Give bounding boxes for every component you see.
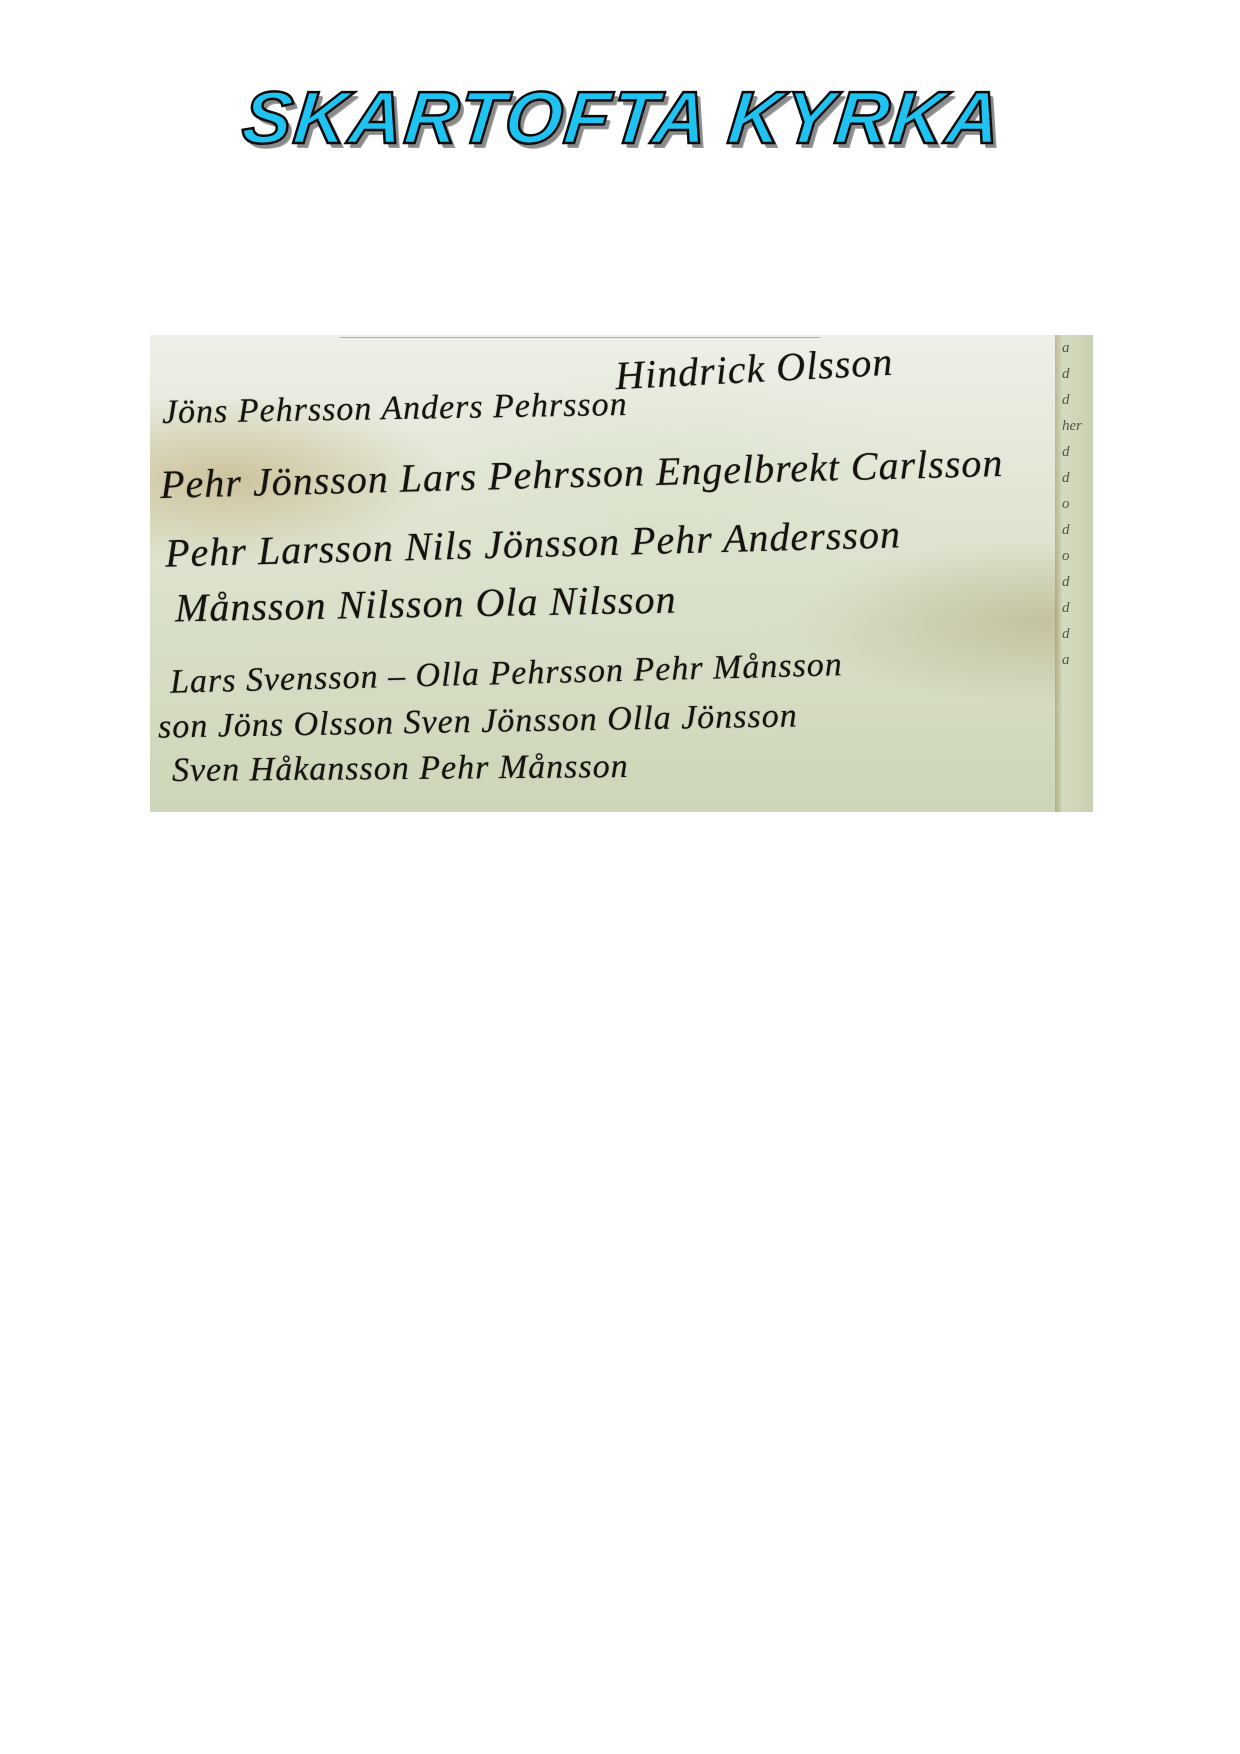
- page: SKARTOFTA KYRKA Hindrick Olsson Jöns Peh…: [0, 0, 1240, 1754]
- handwritten-record-photo: Hindrick Olsson Jöns Pehrsson Anders Peh…: [150, 335, 1093, 812]
- handwritten-line: Pehr Jönsson Lars Pehrsson Engelbrekt Ca…: [160, 439, 1004, 508]
- handwritten-line: Lars Svensson – Olla Pehrsson Pehr Månss…: [170, 646, 844, 702]
- title-banner: SKARTOFTA KYRKA: [0, 78, 1240, 158]
- handwritten-line: Jöns Pehrsson Anders Pehrsson: [162, 386, 628, 432]
- page-title: SKARTOFTA KYRKA: [239, 78, 1006, 158]
- handwritten-line: Pehr Larsson Nils Jönsson Pehr Andersson: [165, 510, 902, 576]
- handwritten-line: son Jöns Olsson Sven Jönsson Olla Jönsso…: [158, 697, 798, 746]
- handwritten-line: Månsson Nilsson Ola Nilsson: [175, 576, 677, 632]
- ruled-line: [340, 337, 820, 338]
- handwritten-line: Hindrick Olsson: [614, 338, 894, 400]
- margin-text: a d d her d d o d o d d d a: [1062, 335, 1092, 812]
- handwritten-line: Sven Håkansson Pehr Månsson: [172, 748, 629, 790]
